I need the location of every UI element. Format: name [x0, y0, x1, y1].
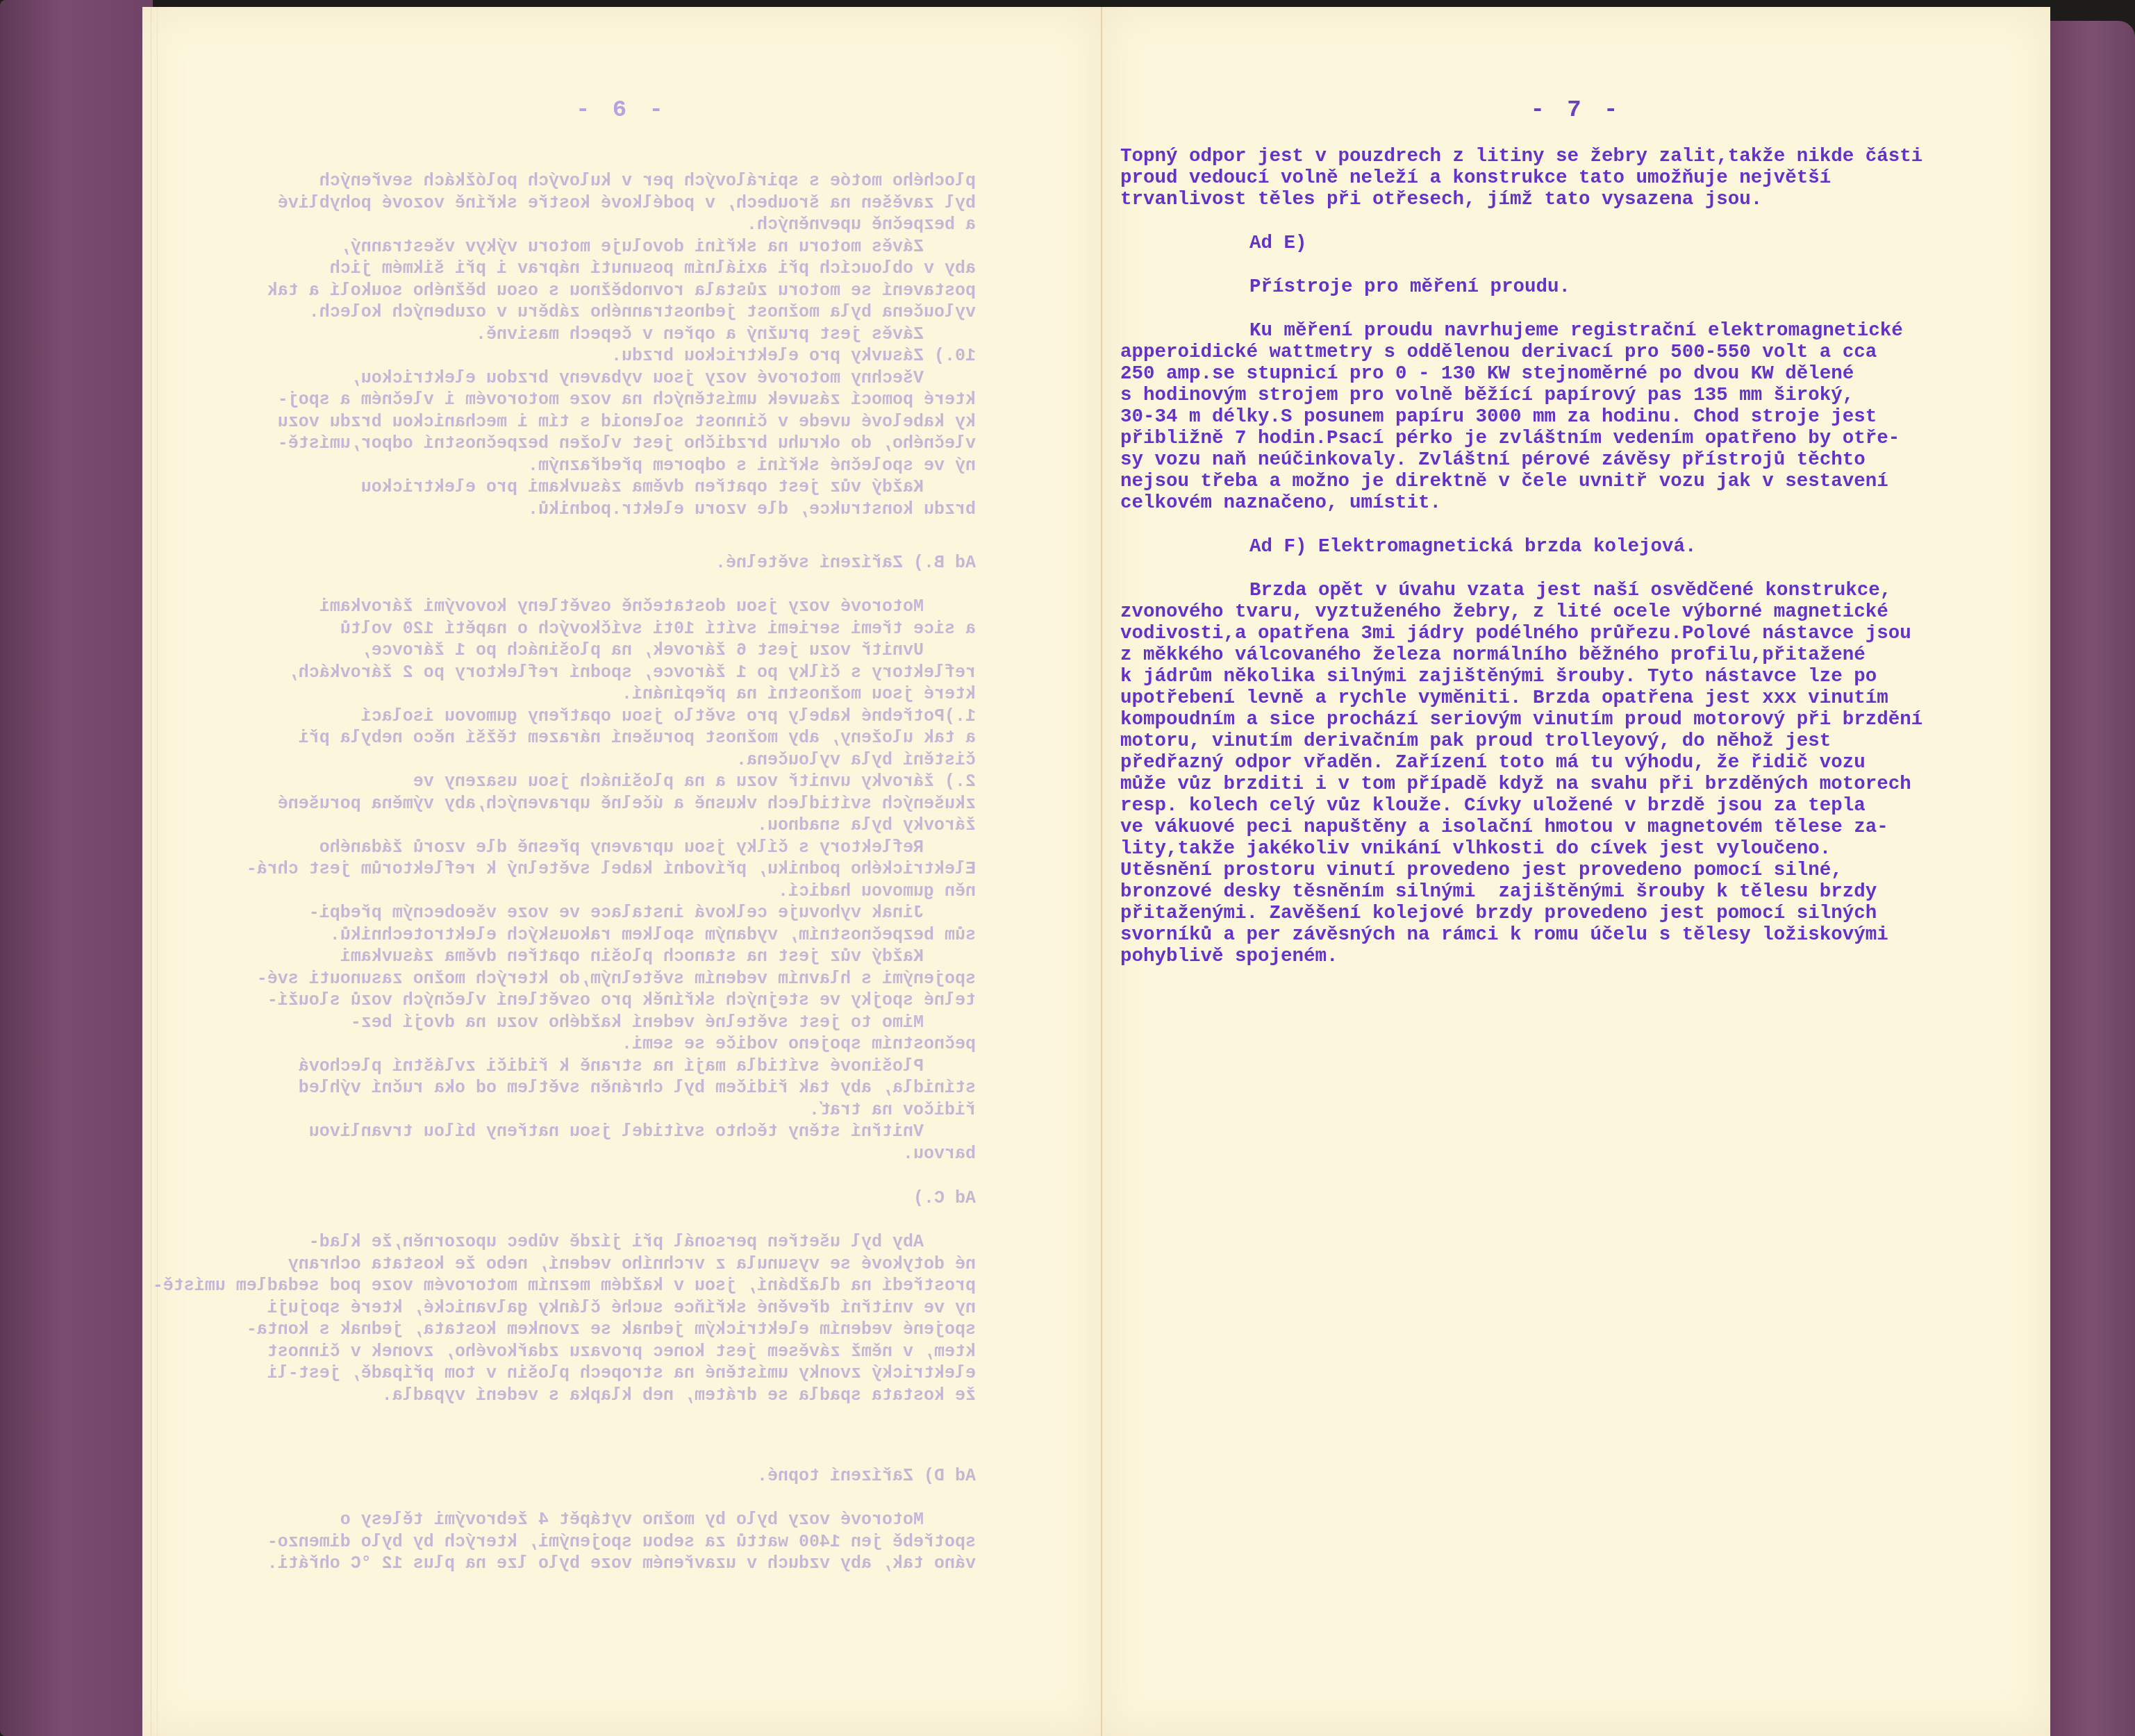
left-page: - 6 - plochého motóe s spirálových per v… — [142, 7, 1102, 1736]
text-line: přitaženými. Zavěšení kolejové brzdy pro… — [1120, 903, 2037, 924]
text-line: nejsou třeba a možno je direktně v čele … — [1120, 471, 2037, 492]
book-cover-left — [0, 0, 153, 1736]
text-line: může vůz brzditi i v tom případě když na… — [1120, 774, 2037, 795]
text-line: bronzové desky těsněním silnými zajištěn… — [1120, 881, 2037, 903]
text-line: trvanlivost těles při otřesech, jímž tat… — [1120, 189, 2037, 210]
text-line: 30-34 m délky.S posunem papíru 3000 mm z… — [1120, 406, 2037, 428]
text-line: celkovém naznačeno, umístit. — [1120, 492, 2037, 514]
text-line: vodivosti,a opatřena 3mi jádry podélného… — [1120, 623, 2037, 644]
text-line: přibližně 7 hodin.Psací pérko je zvláštn… — [1120, 428, 2037, 449]
paragraph: Brzda opět v úvahu vzata jest naší osvěd… — [1120, 580, 2037, 967]
text-line: upotřebení levně a rychle vyměniti. Brzd… — [1120, 687, 2037, 709]
text-line: Ad F) Elektromagnetická brzda kolejová. — [1120, 536, 2037, 558]
paragraph-gap — [1120, 254, 2037, 276]
text-line: zvonového tvaru, vyztuženého žebry, z li… — [1120, 601, 2037, 623]
paragraph-gap — [1120, 558, 2037, 580]
book-cover-right — [2049, 21, 2135, 1736]
bleed-through-text: plochého motóe s spirálových per v kulov… — [142, 7, 1101, 1736]
paragraph-gap — [1120, 514, 2037, 536]
text-line: Brzda opět v úvahu vzata jest naší osvěd… — [1120, 580, 2037, 601]
text-line: resp. kolech celý vůz klouže. Cívky ulož… — [1120, 795, 2037, 817]
paragraph: Ku měření proudu navrhujeme registrační … — [1120, 320, 2037, 514]
text-line: pohyblivě spojeném. — [1120, 946, 2037, 967]
text-line: lity,takže jakékoliv vnikání vlhkosti do… — [1120, 838, 2037, 860]
text-line: Topný odpor jest v pouzdrech z litiny se… — [1120, 146, 2037, 167]
ghost-block: Ad C.) Aby byl ušetřen personál při jízd… — [163, 1187, 976, 1406]
text-line: Přístroje pro měření proudu. — [1120, 276, 2037, 298]
section-heading: Ad F) Elektromagnetická brzda kolejová. — [1120, 536, 2037, 558]
text-line: Ku měření proudu navrhujeme registrační … — [1120, 320, 2037, 342]
right-page: - 7 - Topný odpor jest v pouzdrech z lit… — [1101, 7, 2050, 1736]
page-body: Topný odpor jest v pouzdrech z litiny se… — [1120, 146, 2037, 967]
ghost-block: Ad B.) Zařízení světelné. Motorové vozy … — [163, 552, 976, 1165]
ghost-block: plochého motóe s spirálových per v kulov… — [163, 170, 976, 520]
text-line: ve vákuové peci napuštěny a isolační hmo… — [1120, 817, 2037, 838]
text-line: svorníků a per závěsných na rámci k romu… — [1120, 924, 2037, 946]
text-line: Utěsnění prostoru vinutí provedeno jest … — [1120, 860, 2037, 881]
text-line: s hodinovým strojem pro volně běžící pap… — [1120, 385, 2037, 406]
text-line: sy vozu naň neúčinkovaly. Zvláštní pérov… — [1120, 449, 2037, 471]
text-line: kompoudním a sice prochází seriovým vinu… — [1120, 709, 2037, 731]
text-line: proud vedoucí volně neleží a konstrukce … — [1120, 167, 2037, 189]
text-line: Ad E) — [1120, 233, 2037, 254]
text-line: k jádrům několika silnými zajištěnými šr… — [1120, 666, 2037, 687]
text-line: motoru, vinutím derivačním pak proud tro… — [1120, 731, 2037, 752]
text-line: apperoidické wattmetry s oddělenou deriv… — [1120, 342, 2037, 363]
paragraph-gap — [1120, 210, 2037, 233]
text-line: z měkkého válcovaného železa normálního … — [1120, 644, 2037, 666]
text-line: předřazný odpor vřaděn. Zařízení toto má… — [1120, 752, 2037, 774]
text-line: 250 amp.se stupnicí pro 0 - 130 KW stejn… — [1120, 363, 2037, 385]
section-heading: Přístroje pro měření proudu. — [1120, 276, 2037, 298]
section-heading: Ad E) — [1120, 233, 2037, 254]
paragraph: Topný odpor jest v pouzdrech z litiny se… — [1120, 146, 2037, 210]
ghost-block: Ad D) Zařízení topné. Motorové vozy bylo… — [163, 1465, 976, 1575]
page-number-right: - 7 - — [1102, 97, 2050, 124]
paragraph-gap — [1120, 298, 2037, 320]
